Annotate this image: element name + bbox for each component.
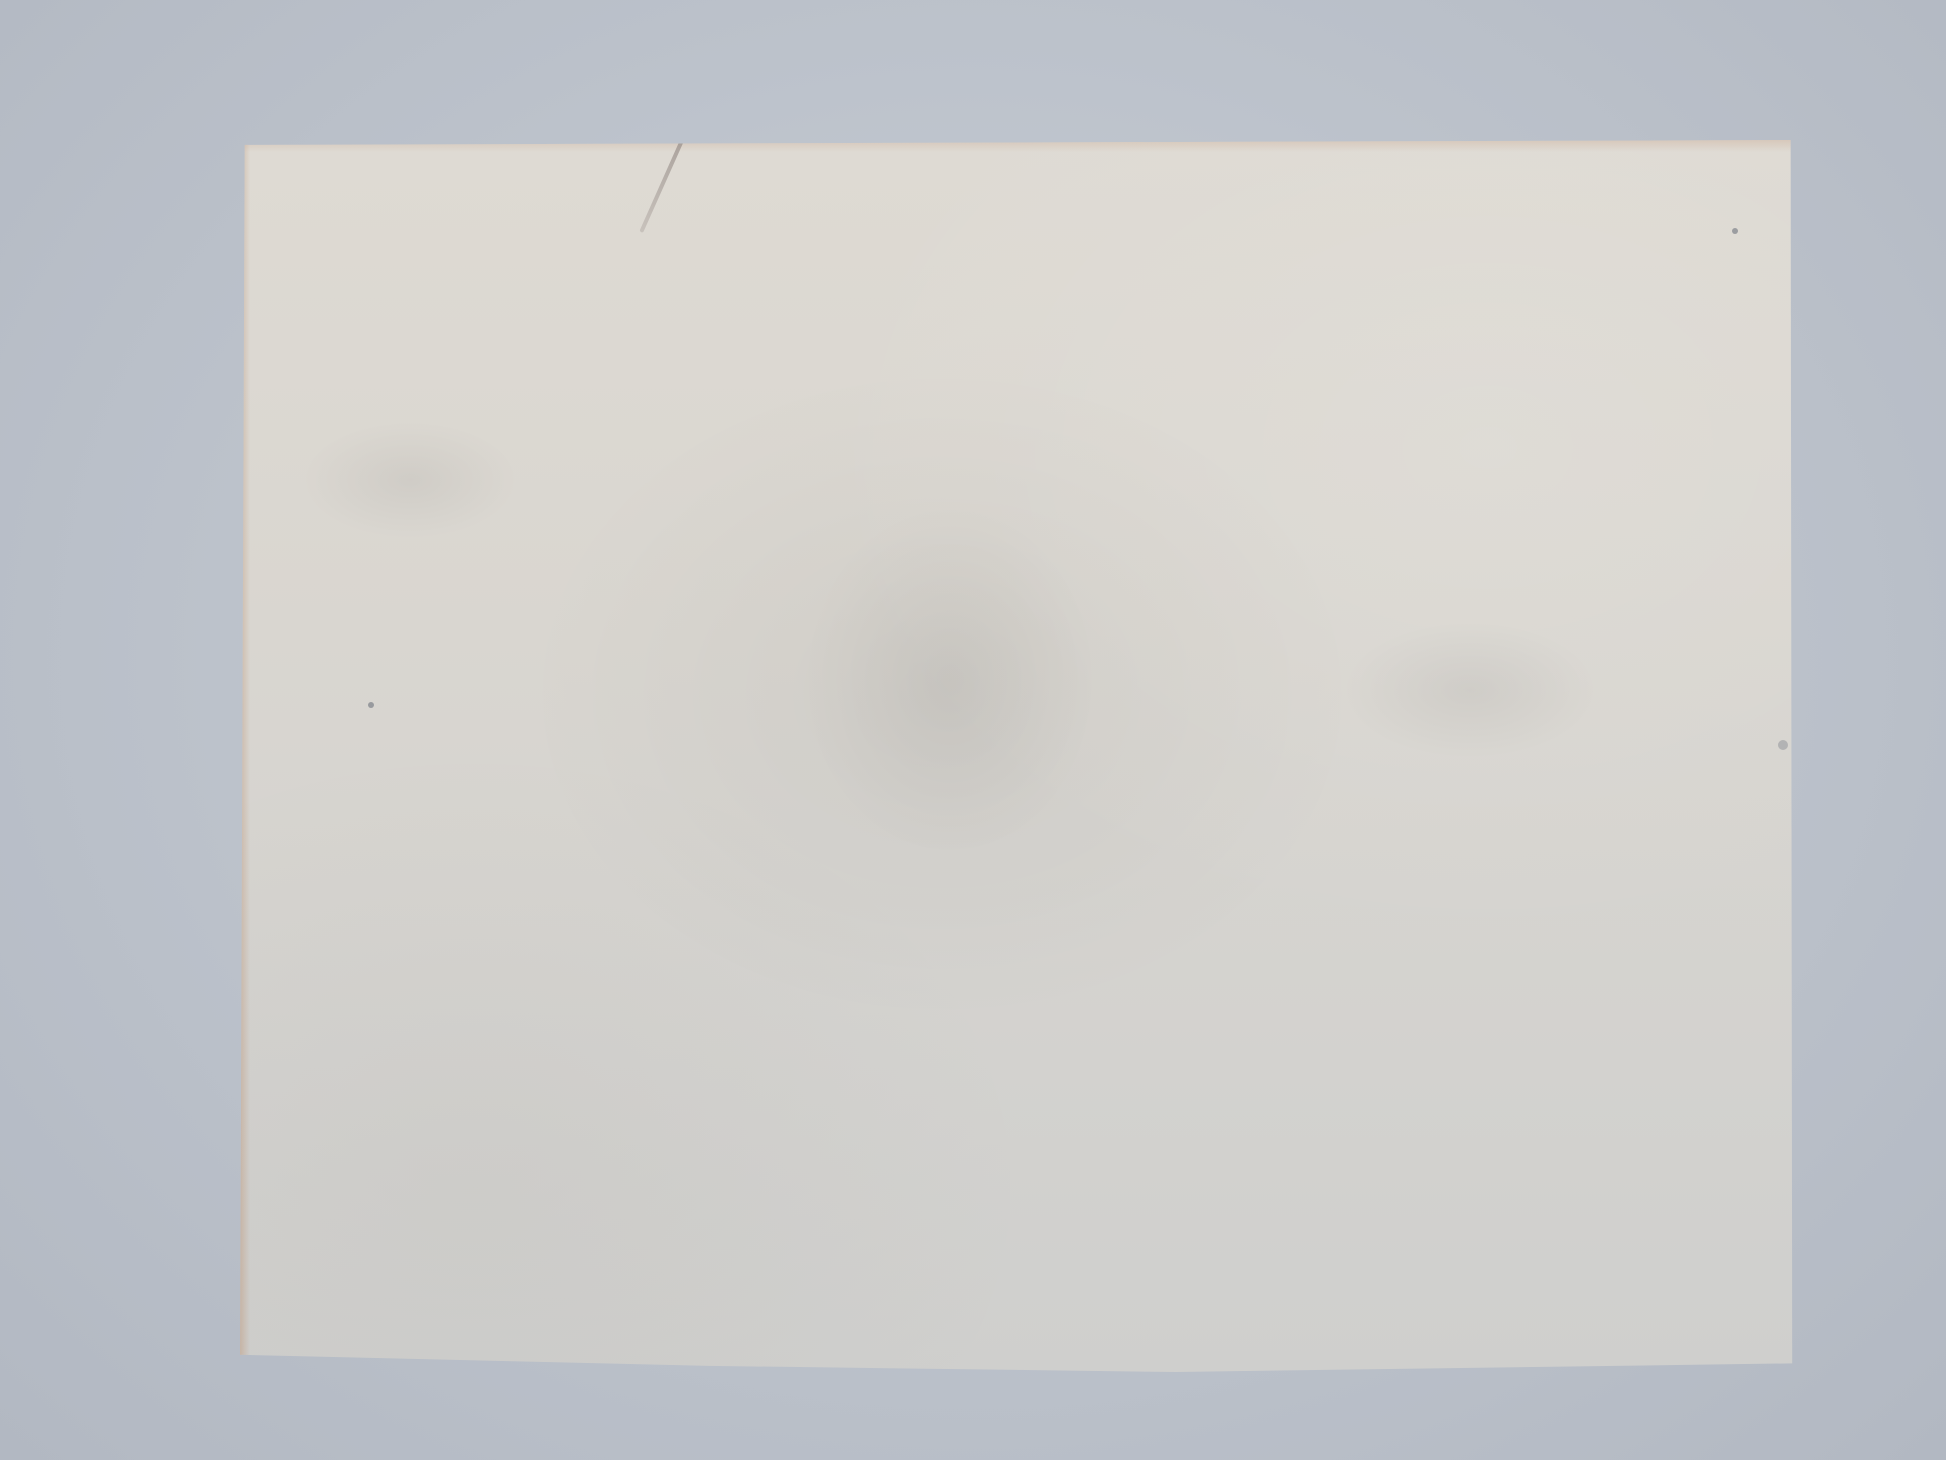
paper-crease [1340, 620, 1600, 760]
paper-speck [1778, 740, 1788, 750]
paper-smudge [800, 500, 1100, 860]
paper-tear-mark [639, 140, 683, 233]
blank-paper-sheet [240, 140, 1800, 1372]
paper-speck [1732, 228, 1738, 234]
paper-speck [368, 702, 374, 708]
paper-crease [300, 420, 520, 540]
